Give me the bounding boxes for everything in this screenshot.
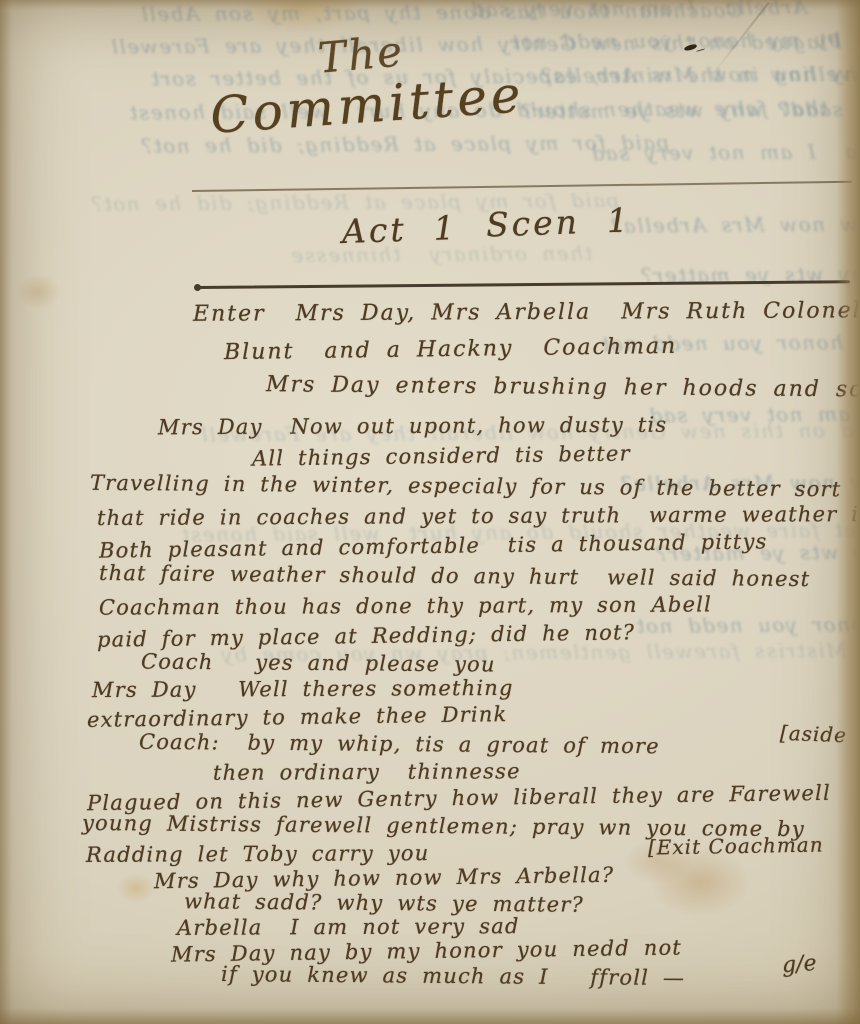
handwriting-layer: The Committee Act 1 Scen 1 Enter Mrs Day… [0, 0, 860, 1024]
manuscript-line: Both pleasant and comfortable tis a thou… [99, 529, 768, 562]
manuscript-line: Mrs Day Well theres something [92, 676, 514, 702]
manuscript-line: Mrs Day enters brushing her hoods and sc… [266, 372, 860, 403]
manuscript-line: All things considerd tis better [252, 441, 631, 470]
manuscript-line: Coach yes and please you [141, 649, 496, 676]
margin-note-aside: [aside [780, 721, 848, 747]
manuscript-line: then ordinary thinnesse [213, 759, 521, 785]
manuscript-line: Travelling in the winter, especialy for … [90, 471, 842, 502]
scene-heading: Scen 1 [485, 200, 631, 244]
manuscript-line: Arbella I am not very sad [177, 914, 520, 940]
manuscript-line: Radding let Toby carry you [86, 841, 430, 867]
manuscript-line: Mrs Day Now out upont, how dusty tis [158, 413, 667, 440]
manuscript-title-committee: Committee [208, 65, 526, 145]
manuscript-line: that faire weather should do any hurt we… [99, 561, 810, 591]
manuscript-line: if you knew as much as I ffroll — [221, 962, 685, 990]
manuscript-line: paid for my place at Redding; did he not… [97, 620, 635, 652]
manuscript-line: Coach: by my whip, tis a groat of more [139, 730, 660, 759]
manuscript-page: Coachman thou has done thy part, my son … [0, 0, 860, 1024]
margin-note-exit-coachman: [Exit Coachman [648, 832, 824, 859]
act-heading: Act 1 [341, 208, 458, 251]
manuscript-line: that ride in coaches and yet to say trut… [97, 502, 860, 530]
manuscript-line: Enter Mrs Day, Mrs Arbella Mrs Ruth Colo… [193, 298, 860, 327]
manuscript-line: Coachman thou has done thy part, my son … [99, 592, 712, 619]
manuscript-line: Blunt and a Hackny Coachman [224, 334, 678, 365]
manuscript-line: Plagued on this new Gentry how liberall … [87, 781, 831, 815]
catchword-mark: g/e [781, 951, 817, 978]
manuscript-line: extraordinary to make thee Drink [87, 702, 508, 732]
manuscript-line: what sadd? why wts ye matter? [184, 889, 584, 916]
